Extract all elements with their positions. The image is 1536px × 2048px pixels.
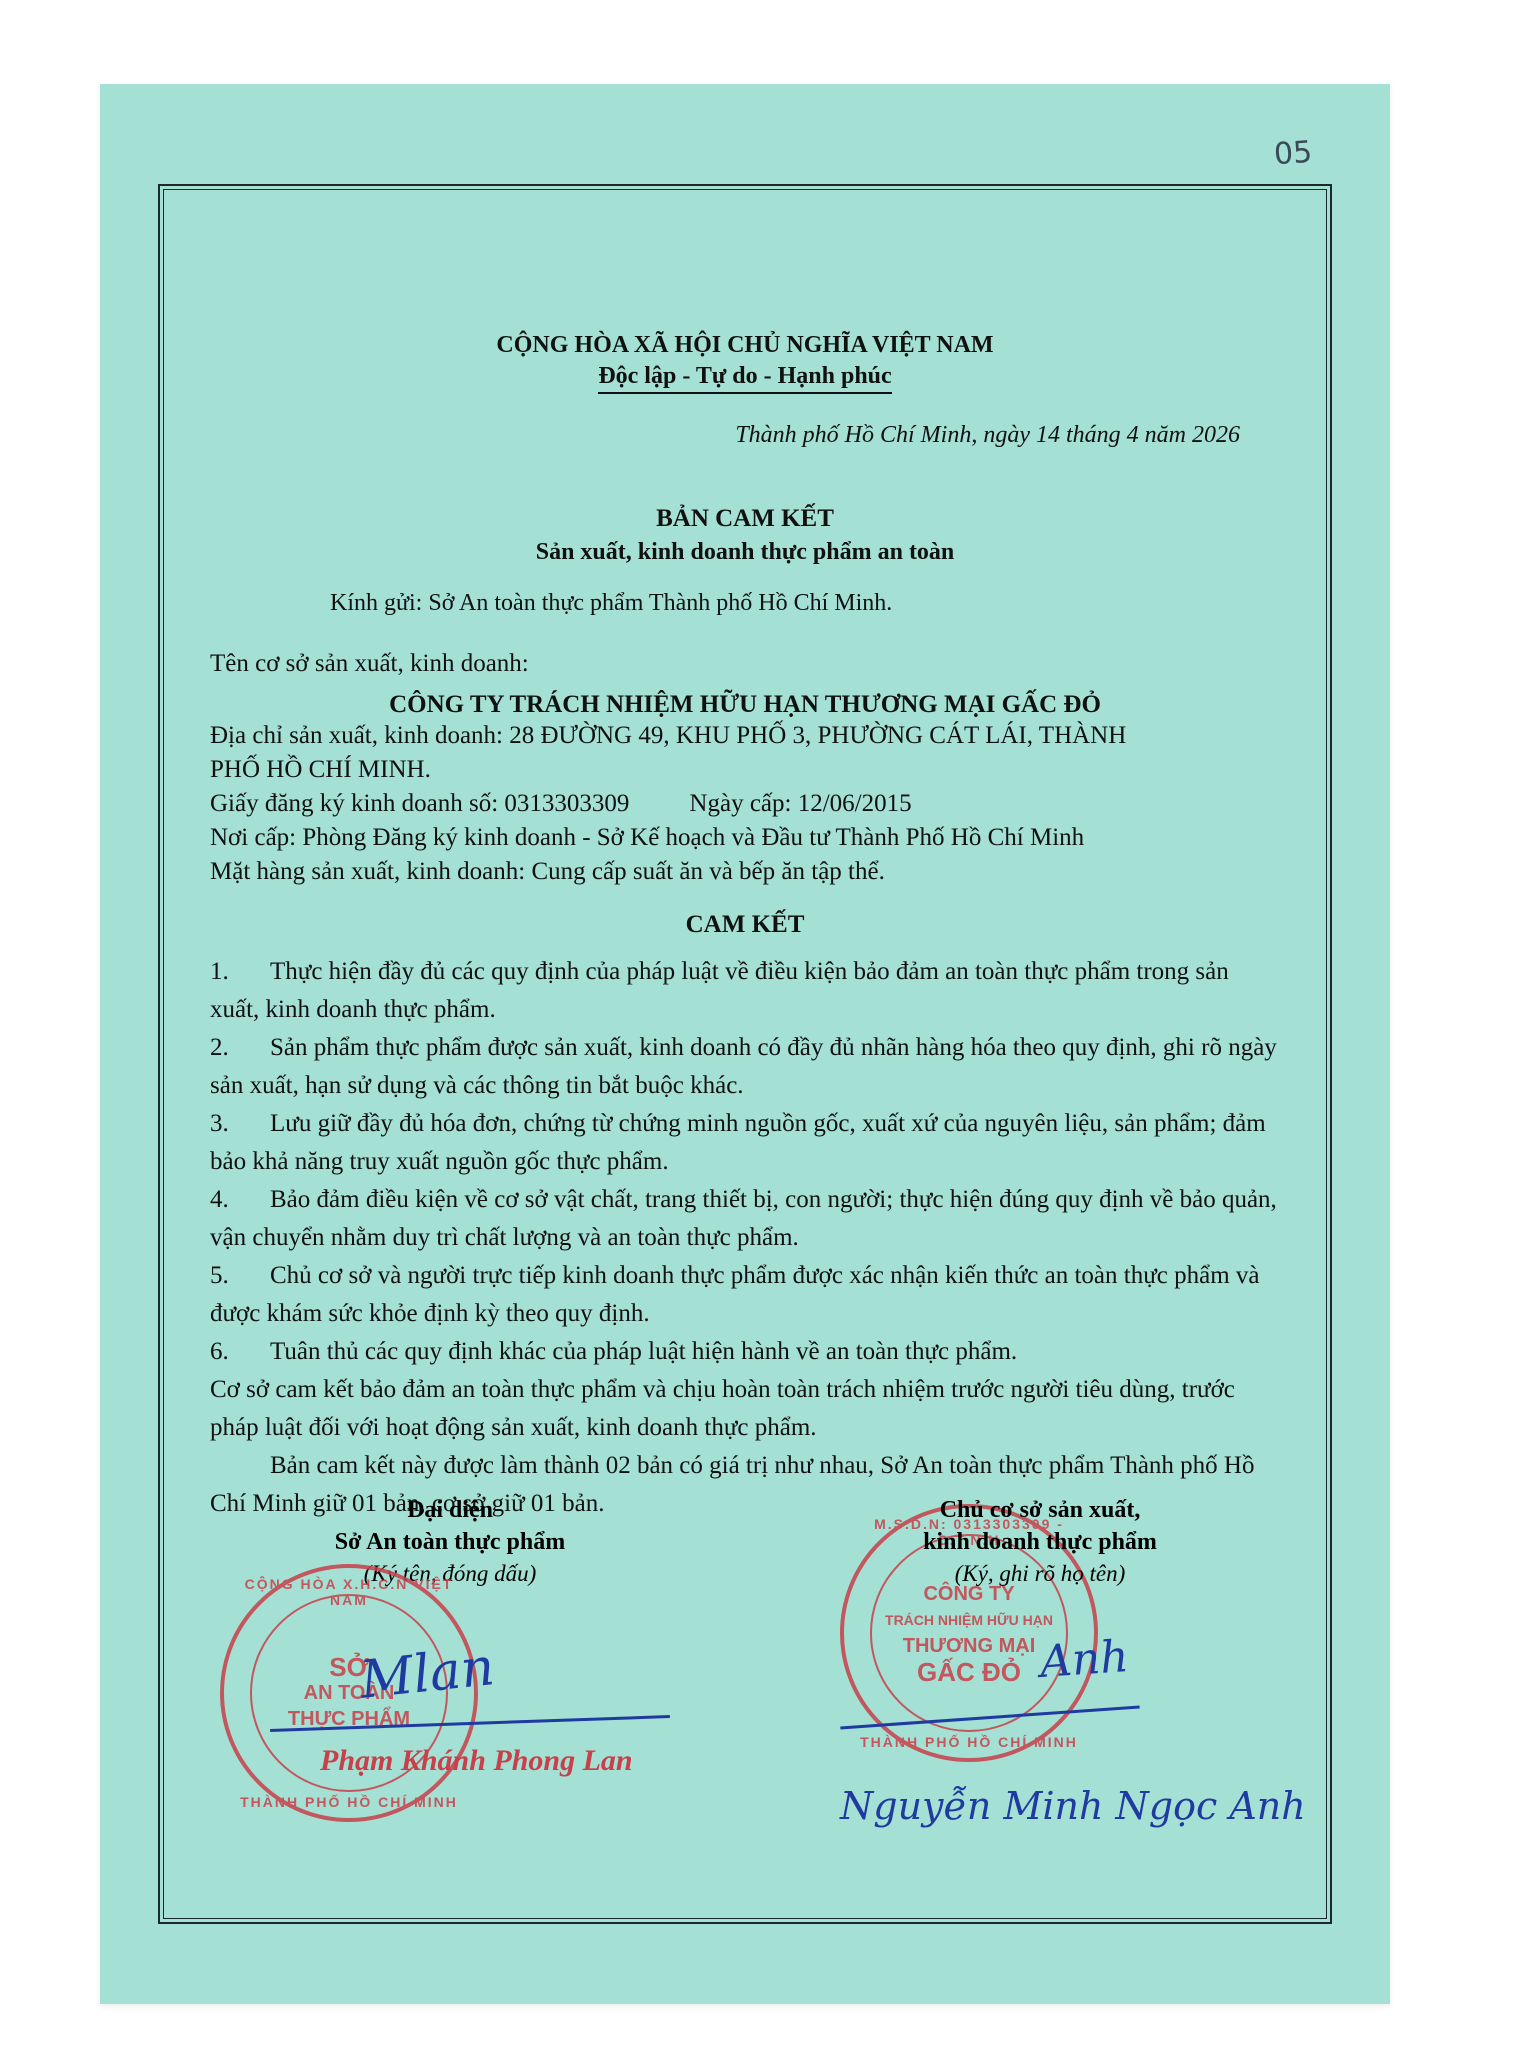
document-title: BẢN CAM KẾT (210, 505, 1280, 533)
owner-signature: Anh (1038, 1631, 1130, 1688)
commitment-item: 6.Tuân thủ các quy định khác của pháp lu… (210, 1333, 1280, 1371)
products: Mặt hàng sản xuất, kinh doanh: Cung cấp … (210, 855, 1280, 889)
owner-note: (Ký, ghi rõ họ tên) (800, 1558, 1280, 1590)
commitment-item: 1.Thực hiện đầy đủ các quy định của pháp… (210, 953, 1280, 1029)
issue-date: Ngày cấp: 12/06/2015 (689, 787, 911, 821)
commitment-item: 3.Lưu giữ đầy đủ hóa đơn, chứng từ chứng… (210, 1105, 1280, 1181)
place-date: Thành phố Hồ Chí Minh, ngày 14 tháng 4 n… (210, 422, 1280, 449)
authority-name: Phạm Khánh Phong Lan (320, 1744, 633, 1778)
commitment-item: 5.Chủ cơ sở và người trực tiếp kinh doan… (210, 1257, 1280, 1333)
business-name-label: Tên cơ sở sản xuất, kinh doanh: (210, 647, 1280, 681)
issued-by: Nơi cấp: Phòng Đăng ký kinh doanh - Sở K… (210, 821, 1280, 855)
signature-section: Đại diện Sở An toàn thực phẩm (Ký tên, đ… (210, 1494, 1280, 1834)
page-number: 05 (1273, 135, 1314, 173)
owner-signature-block: M.S.D.N: 0313303309 - C.T.N.H CÔNG TY TR… (800, 1494, 1280, 1834)
nation-header: CỘNG HÒA XÃ HỘI CHỦ NGHĨA VIỆT NAM (210, 332, 1280, 359)
recipient: Kính gửi: Sở An toàn thực phẩm Thành phố… (210, 590, 1280, 617)
document-content: CỘNG HÒA XÃ HỘI CHỦ NGHĨA VIỆT NAM Độc l… (210, 234, 1280, 1523)
commitments-title: CAM KẾT (210, 911, 1280, 939)
owner-title-line1: Chủ cơ sở sản xuất, (800, 1494, 1280, 1526)
document-subtitle: Sản xuất, kinh doanh thực phẩm an toàn (210, 539, 1280, 566)
motto: Độc lập - Tự do - Hạnh phúc (598, 363, 891, 394)
owner-name: Nguyễn Minh Ngọc Anh (840, 1784, 1306, 1828)
document-page: 05 CỘNG HÒA XÃ HỘI CHỦ NGHĨA VIỆT NAM Độ… (100, 84, 1390, 2004)
company-name: CÔNG TY TRÁCH NHIỆM HỮU HẠN THƯƠNG MẠI G… (210, 691, 1280, 719)
license-row: Giấy đăng ký kinh doanh số: 0313303309 N… (210, 787, 1280, 821)
authority-title-line1: Đại diện (210, 1494, 690, 1526)
commitment-item: 2.Sản phẩm thực phẩm được sản xuất, kinh… (210, 1029, 1280, 1105)
commitment-item: 4.Bảo đảm điều kiện về cơ sở vật chất, t… (210, 1181, 1280, 1257)
owner-title-line2: kinh doanh thực phẩm (800, 1526, 1280, 1558)
authority-signature-block: Đại diện Sở An toàn thực phẩm (Ký tên, đ… (210, 1494, 690, 1834)
address-line-2: PHỐ HỒ CHÍ MINH. (210, 753, 1280, 787)
address-line-1: Địa chỉ sản xuất, kinh doanh: 28 ĐƯỜNG 4… (210, 719, 1280, 753)
license-number: Giấy đăng ký kinh doanh số: 0313303309 (210, 787, 629, 821)
authority-title-line2: Sở An toàn thực phẩm (210, 1526, 690, 1558)
responsibility-statement: Cơ sở cam kết bảo đảm an toàn thực phẩm … (210, 1371, 1280, 1447)
